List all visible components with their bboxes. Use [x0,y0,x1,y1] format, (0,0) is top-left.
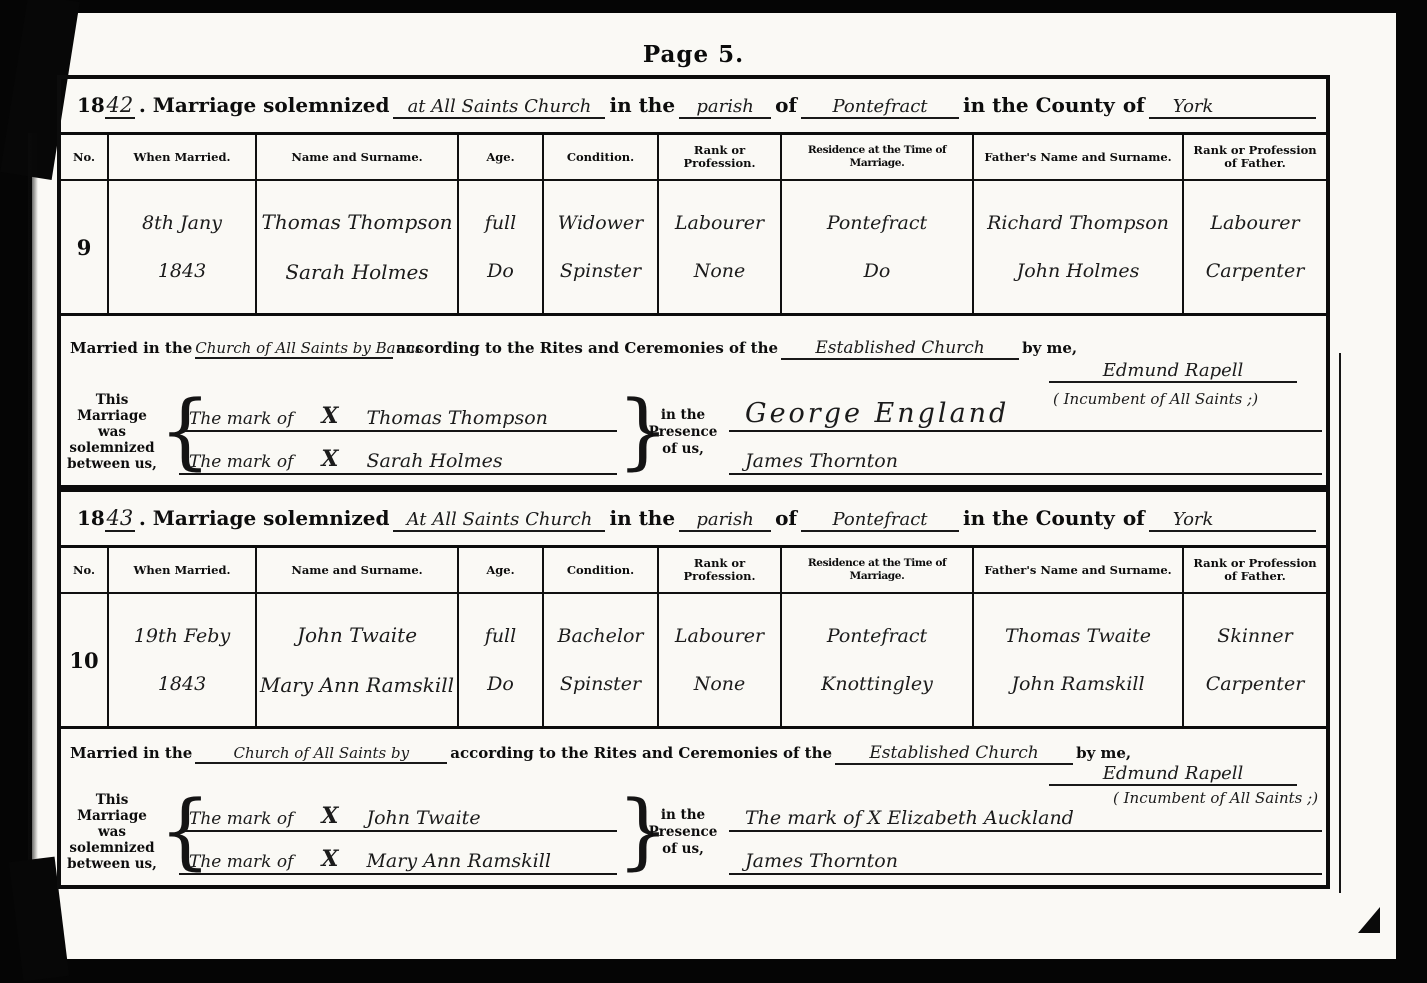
table-header-row: No. When Married. Name and Surname. Age.… [61,548,1326,594]
col-header-condition: Condition. [544,135,659,179]
bride-condition: Spinster [560,673,641,695]
groom-age: full [485,625,516,647]
label-was: was [65,424,159,440]
col-header-rank-profession: Rank or Profession. [659,548,782,592]
groom-father-profession: Labourer [1210,212,1299,234]
col-header-name-surname: Name and Surname. [257,548,459,592]
col-header-age: Age. [459,135,544,179]
heading-label-solemnized: . Marriage solemnized [135,506,394,530]
cell-when-married: 19th Feby 1843 [109,594,257,726]
groom-condition: Widower [558,212,643,234]
col-header-when-married: When Married. [109,548,257,592]
heading-label-county: in the County [959,93,1119,117]
bride-mark-name: Sarah Holmes [366,450,502,472]
certification-section: Married in the Church of All Saints by B… [61,316,1326,485]
this-marriage-label: This Marriage was solemnized between us, [65,789,159,875]
cell-ages: full Do [459,594,544,726]
groom-mark-line: The mark of X Thomas Thompson [179,389,617,432]
groom-profession: Labourer [675,625,764,647]
cell-conditions: Widower Spinster [544,181,659,313]
label-presence: Presence [643,424,723,441]
year-handwritten: 42 [105,93,135,119]
groom-condition: Bachelor [557,625,643,647]
witness-signatures: George England James Thornton [729,389,1322,475]
groom-residence: Pontefract [827,625,927,647]
cell-professions: Labourer None [659,181,782,313]
entry-number: 10 [69,648,98,673]
register-page: Page 5. 18 42 . Marriage solemnized at A… [32,13,1396,959]
witness-line-2: James Thornton [729,432,1322,475]
bride-age: Do [487,673,514,695]
witness-1: The mark of X Elizabeth Auckland [745,807,1074,829]
witness-signatures: The mark of X Elizabeth Auckland James T… [729,789,1322,875]
heading-label-county: in the County [959,506,1119,530]
bride-mark-line: The mark of X Sarah Holmes [179,432,617,475]
label-between-us: between us, [65,856,159,872]
married-in-church: Church of All Saints by [195,744,447,764]
label-rites: according to the Rites and Ceremonies of… [447,744,835,762]
heading-label-of2: of [1119,506,1149,530]
rites-church: Established Church [835,743,1073,765]
cell-residences: Pontefract Do [782,181,974,313]
cell-ages: full Do [459,181,544,313]
county-name: York [1149,96,1316,119]
cell-father-professions: Labourer Carpenter [1184,181,1326,313]
bride-name: Sarah Holmes [285,260,428,284]
heading-label-of: of [771,506,801,530]
bride-mark-prefix: The mark of [189,852,293,872]
bride-father-profession: Carpenter [1206,260,1305,282]
marriage-date-year: 1843 [158,260,206,282]
cell-father-names: Thomas Twaite John Ramskill [974,594,1184,726]
heading-label-of: of [771,93,801,117]
cell-residences: Pontefract Knottingley [782,594,974,726]
bride-profession: None [694,260,746,282]
brace-open: { [159,389,179,475]
bride-mark-prefix: The mark of [189,452,293,472]
parish-word: parish [679,509,771,532]
parish-name: Pontefract [801,509,959,532]
label-married-in-the: Married in the [67,339,195,357]
label-between-us: between us, [65,456,159,472]
record-divider [61,485,1326,492]
groom-profession: Labourer [675,212,764,234]
scan-artifact-left-edge [28,133,38,893]
heading-label-in-the: in the [605,93,679,117]
bride-age: Do [487,260,514,282]
groom-mark-name: John Twaite [366,807,480,829]
scan-artifact-fold-line [1339,353,1341,893]
parish-word: parish [679,96,771,119]
cell-conditions: Bachelor Spinster [544,594,659,726]
cell-no: 9 [61,181,109,313]
witness-1: George England [745,398,1009,429]
label-this-marriage: This Marriage [65,792,159,824]
rites-church: Established Church [781,338,1019,360]
cell-when-married: 8th Jany 1843 [109,181,257,313]
bride-father-name: John Ramskill [1011,673,1144,695]
col-header-residence: Residence at the Time of Marriage. [782,135,974,179]
heading-label-solemnized: . Marriage solemnized [135,93,394,117]
table-row-entry-10: 10 19th Feby 1843 John Twaite Mary Ann R… [61,594,1326,729]
col-header-no: No. [61,548,109,592]
label-presence: Presence [643,824,723,841]
heading-label-in-the: in the [605,506,679,530]
entry-number: 9 [77,235,92,260]
minister-signature: Edmund Rapell [1049,360,1297,383]
cell-no: 10 [61,594,109,726]
col-header-condition: Condition. [544,548,659,592]
bride-mark-cross: X [321,846,338,872]
marriage-date-day: 19th Feby [134,625,230,647]
cell-professions: Labourer None [659,594,782,726]
col-header-father-name: Father's Name and Surname. [974,548,1184,592]
bride-father-name: John Holmes [1017,260,1140,282]
label-by-me: by me, [1019,339,1080,357]
bride-mark-cross: X [321,446,338,472]
cell-names: Thomas Thompson Sarah Holmes [257,181,459,313]
bride-residence: Do [864,260,891,282]
bride-name: Mary Ann Ramskill [260,673,454,697]
bride-profession: None [694,673,746,695]
married-in-line: Married in the Church of All Saints by a… [67,743,1320,765]
bride-father-profession: Carpenter [1206,673,1305,695]
church-name: At All Saints Church [393,509,605,532]
witness-line-1: George England [729,389,1322,432]
label-this-marriage: This Marriage [65,392,159,424]
parish-name: Pontefract [801,96,959,119]
groom-father-name: Thomas Twaite [1005,625,1151,647]
col-header-when-married: When Married. [109,135,257,179]
groom-father-name: Richard Thompson [987,212,1169,234]
col-header-father-profession: Rank or Profession of Father. [1184,135,1326,179]
label-solemnized: solemnized [65,440,159,456]
scan-artifact-corner-mark [1358,907,1380,933]
presence-label: in the Presence of us, [643,789,723,875]
party-signatures: The mark of X John Twaite The mark of X … [179,789,617,875]
cell-father-names: Richard Thompson John Holmes [974,181,1184,313]
record-heading: 18 43 . Marriage solemnized At All Saint… [61,492,1326,548]
table-row-entry-9: 9 8th Jany 1843 Thomas Thompson Sarah Ho… [61,181,1326,316]
church-name: at All Saints Church [393,96,605,119]
brace-close: } [617,789,637,875]
county-name: York [1149,509,1316,532]
married-in-church: Church of All Saints by Banns [195,339,393,359]
year-handwritten: 43 [105,506,135,532]
label-by-me: by me, [1073,744,1134,762]
year-printed: 18 [73,506,105,530]
groom-name: John Twaite [297,623,417,647]
witness-line-1: The mark of X Elizabeth Auckland [729,789,1322,832]
col-header-age: Age. [459,548,544,592]
bride-mark-line: The mark of X Mary Ann Ramskill [179,832,617,875]
minister-signature: Edmund Rapell [1049,763,1297,786]
cell-father-professions: Skinner Carpenter [1184,594,1326,726]
bride-residence: Knottingley [821,673,933,695]
groom-age: full [485,212,516,234]
groom-mark-prefix: The mark of [189,809,293,829]
bride-condition: Spinster [560,260,641,282]
witness-2: James Thornton [745,450,898,472]
col-header-father-name: Father's Name and Surname. [974,135,1184,179]
groom-residence: Pontefract [827,212,927,234]
marriage-date-year: 1843 [158,673,206,695]
signatures-row: This Marriage was solemnized between us,… [65,789,1322,875]
this-marriage-label: This Marriage was solemnized between us, [65,389,159,475]
label-was: was [65,824,159,840]
groom-name: Thomas Thompson [262,210,453,234]
year-printed: 18 [73,93,105,117]
label-in-the-presence: in the [643,407,723,424]
bride-mark-name: Mary Ann Ramskill [366,850,550,872]
label-solemnized: solemnized [65,840,159,856]
label-of-us: of us, [643,841,723,858]
col-header-rank-profession: Rank or Profession. [659,135,782,179]
groom-mark-cross: X [321,403,338,429]
groom-mark-prefix: The mark of [189,409,293,429]
col-header-father-profession: Rank or Profession of Father. [1184,548,1326,592]
record-heading: 18 42 . Marriage solemnized at All Saint… [61,79,1326,135]
groom-mark-line: The mark of X John Twaite [179,789,617,832]
scanned-register-image: { "page": { "title": "Page 5." }, "label… [0,0,1427,983]
marriage-register-form: 18 42 . Marriage solemnized at All Saint… [57,75,1330,889]
groom-father-profession: Skinner [1217,625,1292,647]
label-of-us: of us, [643,441,723,458]
signatures-row: This Marriage was solemnized between us,… [65,389,1322,475]
groom-mark-name: Thomas Thompson [366,407,547,429]
heading-label-of2: of [1119,93,1149,117]
table-header-row: No. When Married. Name and Surname. Age.… [61,135,1326,181]
col-header-no: No. [61,135,109,179]
witness-2: James Thornton [745,850,898,872]
brace-close: } [617,389,637,475]
col-header-residence: Residence at the Time of Marriage. [782,548,974,592]
certification-section: Married in the Church of All Saints by a… [61,729,1326,885]
groom-mark-cross: X [321,803,338,829]
cell-names: John Twaite Mary Ann Ramskill [257,594,459,726]
label-rites: according to the Rites and Ceremonies of… [393,339,781,357]
marriage-date-day: 8th Jany [142,212,222,234]
page-title: Page 5. [57,41,1330,68]
married-in-line: Married in the Church of All Saints by B… [67,338,1320,360]
party-signatures: The mark of X Thomas Thompson The mark o… [179,389,617,475]
brace-open: { [159,789,179,875]
witness-line-2: James Thornton [729,832,1322,875]
label-married-in-the: Married in the [67,744,195,762]
col-header-name-surname: Name and Surname. [257,135,459,179]
label-in-the-presence: in the [643,807,723,824]
presence-label: in the Presence of us, [643,389,723,475]
